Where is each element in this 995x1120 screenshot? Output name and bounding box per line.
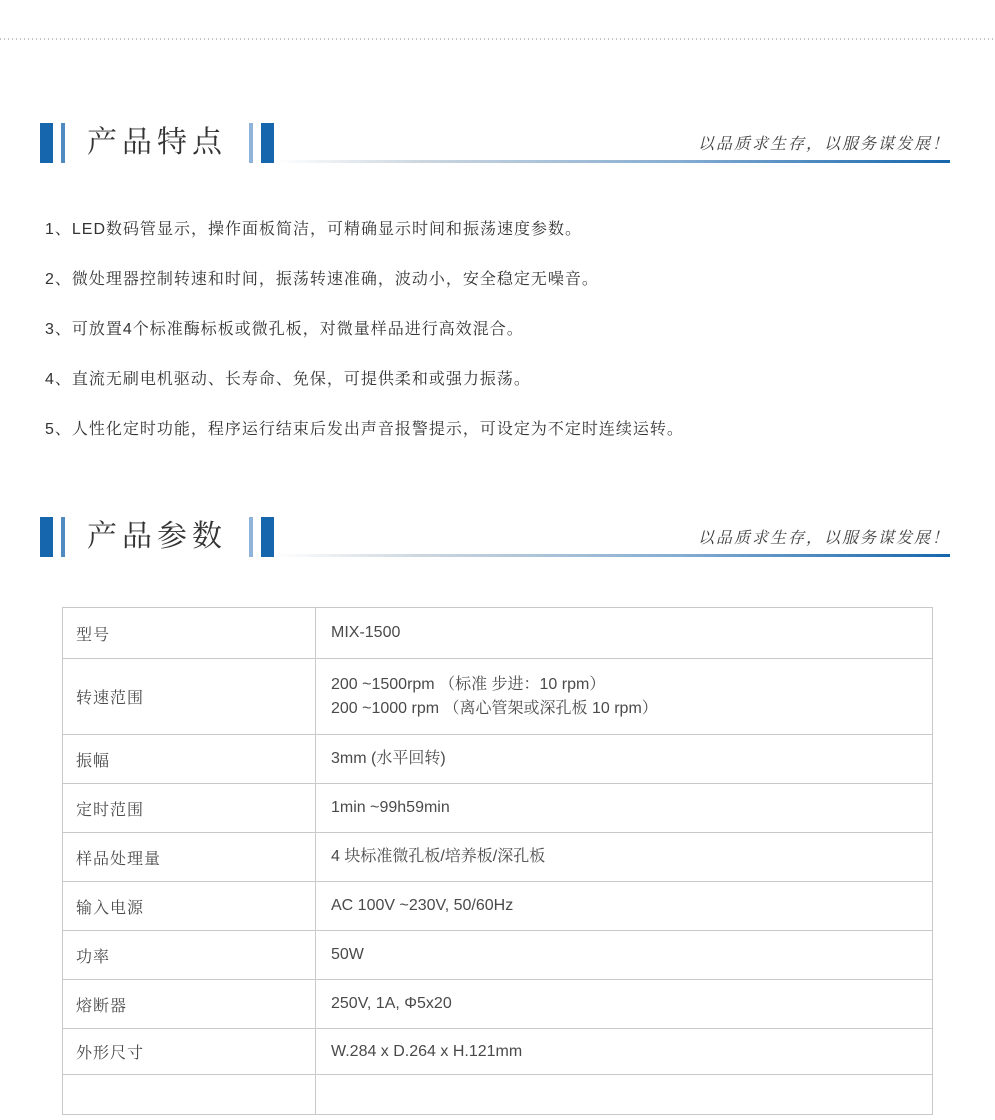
- spec-value: 250V, 1A, Φ5x20: [316, 980, 933, 1029]
- spec-label: 转速范围: [63, 659, 316, 735]
- spec-value: 4 块标准微孔板/培养板/深孔板: [316, 833, 933, 882]
- spec-label: 定时范围: [63, 784, 316, 833]
- header-underline: [274, 554, 950, 557]
- spec-label: 振幅: [63, 735, 316, 784]
- features-section-title: 产品特点: [87, 123, 227, 163]
- table-row: 定时范围 1min ~99h59min: [63, 784, 933, 833]
- specs-section-title: 产品参数: [87, 517, 227, 557]
- spec-value: W.284 x D.264 x H.121mm: [316, 1029, 933, 1075]
- table-row: 样品处理量 4 块标准微孔板/培养板/深孔板: [63, 833, 933, 882]
- company-slogan: 以品质求生存，以服务谋发展！: [698, 525, 950, 548]
- spec-label: 熔断器: [63, 980, 316, 1029]
- spec-label: 型号: [63, 608, 316, 659]
- table-row-partial: [63, 1075, 933, 1115]
- spec-value: 200 ~1500rpm （标准 步进：10 rpm） 200 ~1000 rp…: [316, 659, 933, 735]
- spec-value: MIX-1500: [316, 608, 933, 659]
- header-line-zone: 以品质求生存，以服务谋发展！: [274, 517, 950, 557]
- spec-label: 样品处理量: [63, 833, 316, 882]
- features-section-header: 产品特点 以品质求生存，以服务谋发展！: [40, 123, 950, 163]
- table-row: 型号 MIX-1500: [63, 608, 933, 659]
- header-underline: [274, 160, 950, 163]
- spec-value: AC 100V ~230V, 50/60Hz: [316, 882, 933, 931]
- table-row: 功率 50W: [63, 931, 933, 980]
- spec-value-empty: [316, 1075, 933, 1115]
- specs-section-header: 产品参数 以品质求生存，以服务谋发展！: [40, 517, 950, 557]
- spec-value: 3mm (水平回转): [316, 735, 933, 784]
- spec-label: 功率: [63, 931, 316, 980]
- table-row: 输入电源 AC 100V ~230V, 50/60Hz: [63, 882, 933, 931]
- feature-item-5: 5、人性化定时功能，程序运行结束后发出声音报警提示，可设定为不定时连续运转。: [45, 419, 955, 441]
- feature-item-1: 1、LED数码管显示，操作面板简洁，可精确显示时间和振荡速度参数。: [45, 219, 955, 241]
- feature-item-2: 2、微处理器控制转速和时间，振荡转速准确，波动小，安全稳定无噪音。: [45, 269, 955, 291]
- accent-bar-thin-left: [61, 123, 65, 163]
- top-spacer: [0, 0, 995, 37]
- table-row: 振幅 3mm (水平回转): [63, 735, 933, 784]
- spec-value: 50W: [316, 931, 933, 980]
- spec-value: 1min ~99h59min: [316, 784, 933, 833]
- accent-bar-thin-left: [61, 517, 65, 557]
- feature-item-3: 3、可放置4个标准酶标板或微孔板，对微量样品进行高效混合。: [45, 319, 955, 341]
- dotted-divider: [0, 37, 995, 40]
- accent-bar-thick-right: [261, 123, 274, 163]
- spec-label-empty: [63, 1075, 316, 1115]
- product-page: { "slogan": "以品质求生存，以服务谋发展！", "sections"…: [0, 0, 995, 1120]
- table-row: 转速范围 200 ~1500rpm （标准 步进：10 rpm） 200 ~10…: [63, 659, 933, 735]
- header-line-zone: 以品质求生存，以服务谋发展！: [274, 123, 950, 163]
- spec-label: 输入电源: [63, 882, 316, 931]
- feature-item-4: 4、直流无刷电机驱动、长寿命、免保，可提供柔和或强力振荡。: [45, 369, 955, 391]
- accent-bar-thick-left: [40, 517, 53, 557]
- table-row: 外形尺寸 W.284 x D.264 x H.121mm: [63, 1029, 933, 1075]
- accent-bar-thick-right: [261, 517, 274, 557]
- spec-table: 型号 MIX-1500 转速范围 200 ~1500rpm （标准 步进：10 …: [62, 607, 933, 1115]
- accent-bar-thin-right: [249, 517, 253, 557]
- company-slogan: 以品质求生存，以服务谋发展！: [698, 131, 950, 154]
- spec-label: 外形尺寸: [63, 1029, 316, 1075]
- feature-list: 1、LED数码管显示，操作面板简洁，可精确显示时间和振荡速度参数。 2、微处理器…: [45, 219, 955, 441]
- accent-bar-thick-left: [40, 123, 53, 163]
- table-row: 熔断器 250V, 1A, Φ5x20: [63, 980, 933, 1029]
- accent-bar-thin-right: [249, 123, 253, 163]
